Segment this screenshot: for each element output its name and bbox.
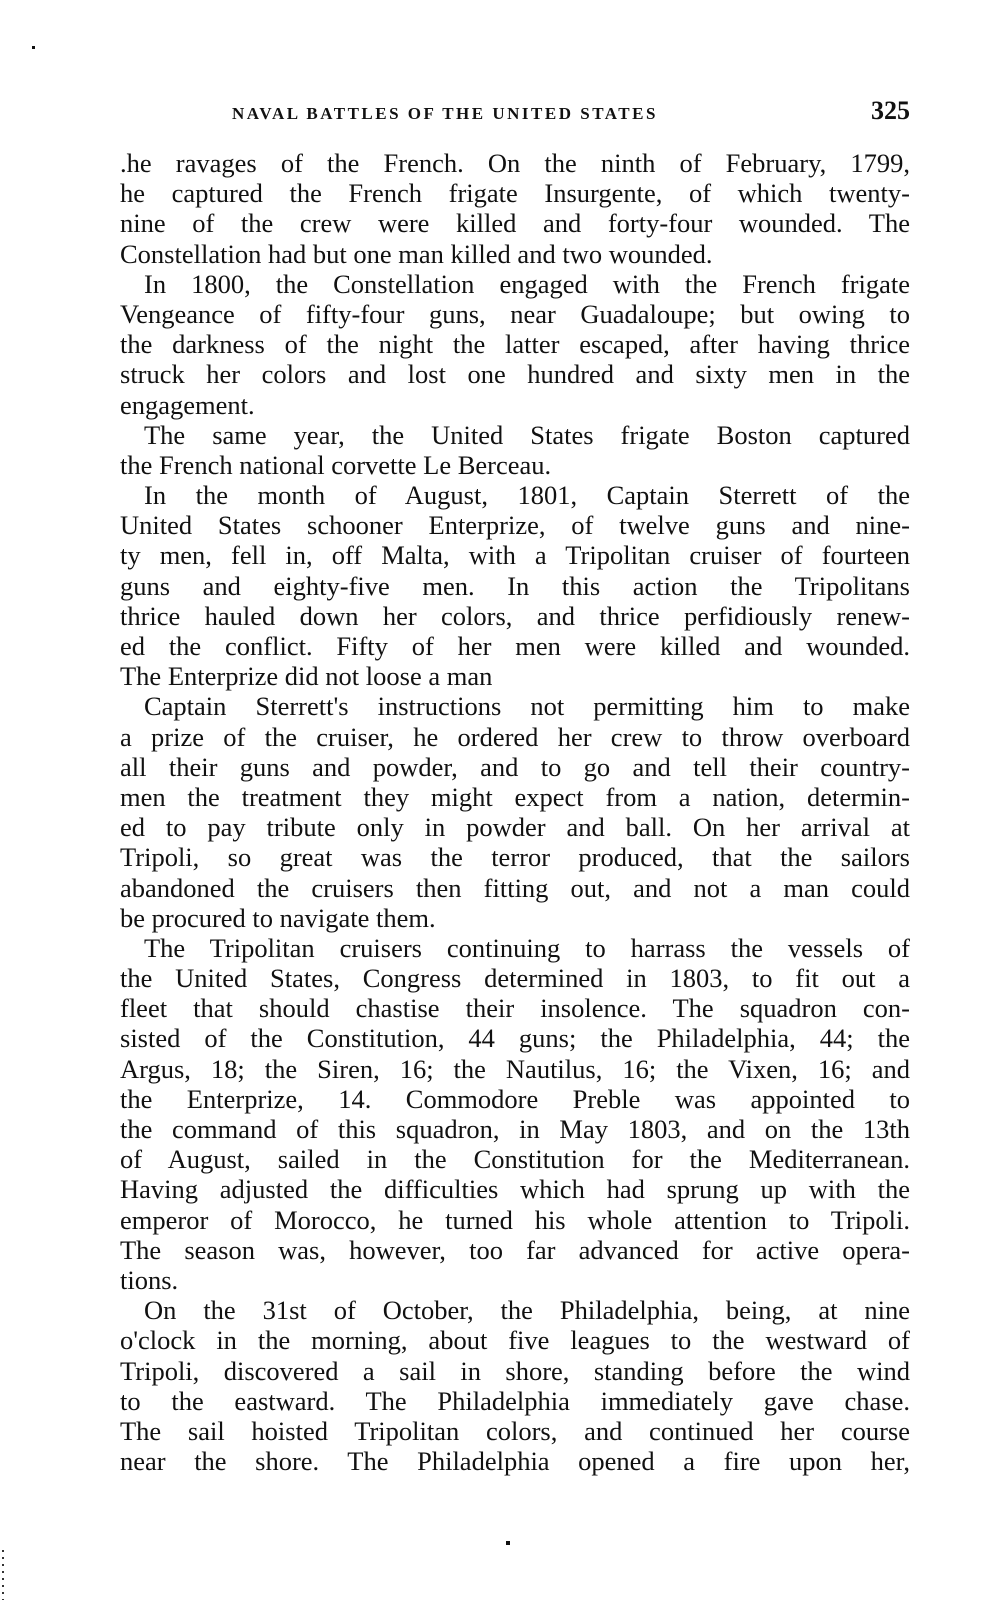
running-head: NAVAL BATTLES OF THE UNITED STATES	[232, 104, 658, 124]
text-line: guns and eighty-five men. In this action…	[120, 571, 910, 601]
text-line: Tripoli, so great was the terror produce…	[120, 842, 910, 872]
text-line: Tripoli, discovered a sail in shore, sta…	[120, 1356, 910, 1386]
text-line: emperor of Morocco, he turned his whole …	[120, 1205, 910, 1235]
text-line: The Enterprize did not loose a man	[120, 661, 910, 691]
text-line: The season was, however, too far advance…	[120, 1235, 910, 1265]
text-line: United States schooner Enterprize, of tw…	[120, 510, 910, 540]
margin-specks	[2, 1550, 4, 1600]
text-line: ed the conflict. Fifty of her men were k…	[120, 631, 910, 661]
text-line: sisted of the Constitution, 44 guns; the…	[120, 1023, 910, 1053]
text-line: ed to pay tribute only in powder and bal…	[120, 812, 910, 842]
text-line: he captured the French frigate Insurgent…	[120, 178, 910, 208]
text-line: struck her colors and lost one hundred a…	[120, 359, 910, 389]
text-line: the Enterprize, 14. Commodore Preble was…	[120, 1084, 910, 1114]
text-line: be procured to navigate them.	[120, 903, 910, 933]
book-page: NAVAL BATTLES OF THE UNITED STATES 325 .…	[0, 0, 1000, 1612]
text-line: the darkness of the night the latter esc…	[120, 329, 910, 359]
text-line: On the 31st of October, the Philadelphia…	[120, 1295, 910, 1325]
text-line: engagement.	[120, 390, 910, 420]
text-line: The same year, the United States frigate…	[120, 420, 910, 450]
text-line: to the eastward. The Philadelphia immedi…	[120, 1386, 910, 1416]
text-line: The Tripolitan cruisers continuing to ha…	[120, 933, 910, 963]
text-line: men the treatment they might expect from…	[120, 782, 910, 812]
text-line: of August, sailed in the Constitution fo…	[120, 1144, 910, 1174]
text-line: In 1800, the Constellation engaged with …	[120, 269, 910, 299]
text-line: abandoned the cruisers then fitting out,…	[120, 873, 910, 903]
text-line: .he ravages of the French. On the ninth …	[120, 148, 910, 178]
text-line: Constellation had but one man killed and…	[120, 239, 910, 269]
text-line: Having adjusted the difficulties which h…	[120, 1174, 910, 1204]
print-speck	[506, 1541, 510, 1545]
text-line: In the month of August, 1801, Captain St…	[120, 480, 910, 510]
text-line: ty men, fell in, off Malta, with a Tripo…	[120, 540, 910, 570]
text-line: the United States, Congress determined i…	[120, 963, 910, 993]
text-line: all their guns and powder, and to go and…	[120, 752, 910, 782]
text-line: a prize of the cruiser, he ordered her c…	[120, 722, 910, 752]
text-line: o'clock in the morning, about five leagu…	[120, 1325, 910, 1355]
print-speck	[32, 46, 35, 49]
text-line: Argus, 18; the Siren, 16; the Nautilus, …	[120, 1054, 910, 1084]
text-line: the command of this squadron, in May 180…	[120, 1114, 910, 1144]
text-line: Vengeance of fifty-four guns, near Guada…	[120, 299, 910, 329]
text-line: the French national corvette Le Berceau.	[120, 450, 910, 480]
text-line: tions.	[120, 1265, 910, 1295]
text-line: The sail hoisted Tripolitan colors, and …	[120, 1416, 910, 1446]
page-header: NAVAL BATTLES OF THE UNITED STATES 325	[120, 96, 910, 136]
text-line: Captain Sterrett's instructions not perm…	[120, 691, 910, 721]
text-line: nine of the crew were killed and forty-f…	[120, 208, 910, 238]
page-number: 325	[871, 96, 910, 126]
text-line: thrice hauled down her colors, and thric…	[120, 601, 910, 631]
body-text: .he ravages of the French. On the ninth …	[120, 148, 910, 1476]
text-line: near the shore. The Philadelphia opened …	[120, 1446, 910, 1476]
text-line: fleet that should chastise their insolen…	[120, 993, 910, 1023]
